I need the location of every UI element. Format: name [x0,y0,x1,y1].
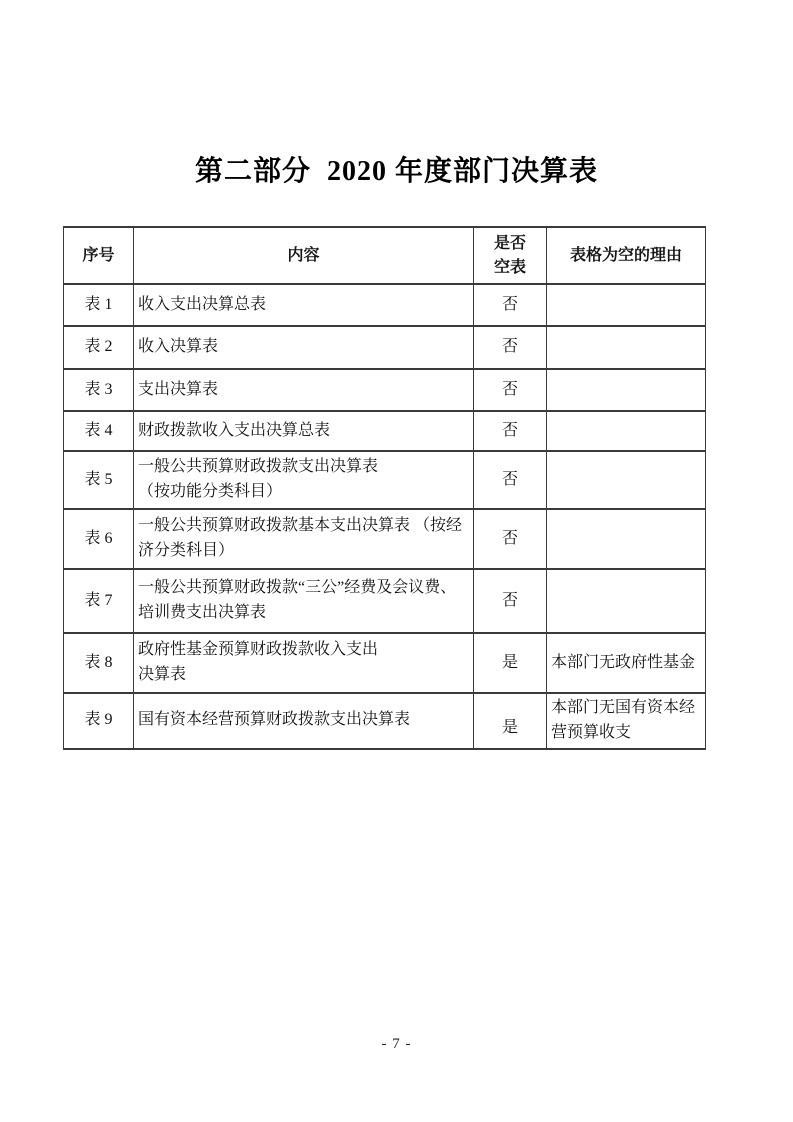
content-cell: 国有资本经营预算财政拨款支出决算表 [134,693,474,749]
table-row: 表 8 政府性基金预算财政拨款收入支出 决算表 是 本部门无政府性基金 [64,633,706,693]
final-accounts-index-table: 序号 内容 是否 空表 表格为空的理由 表 1 收入支出决算总表 否 表 2 收… [63,226,706,750]
reason-cell [547,509,706,569]
reason-cell [547,569,706,633]
document-page: 第二部分 2020 年度部门决算表 序号 内容 是否 空表 表格为空的理由 表 … [0,0,793,1122]
reason-cell [547,369,706,411]
reason-cell [547,284,706,326]
table-row: 表 2 收入决算表 否 [64,326,706,369]
content-cell: 支出决算表 [134,369,474,411]
row-number-cell: 表 9 [64,693,134,749]
empty-status-cell: 否 [474,509,547,569]
table-row: 表 4 财政拨款收入支出决算总表 否 [64,411,706,451]
row-number-cell: 表 4 [64,411,134,451]
empty-status-cell: 否 [474,411,547,451]
empty-status-cell: 是 [474,633,547,693]
empty-status-cell: 否 [474,284,547,326]
table-row: 表 7 一般公共预算财政拨款“三公”经费及会议费、 培训费支出决算表 否 [64,569,706,633]
header-empty-reason: 表格为空的理由 [547,227,706,284]
row-number-cell: 表 2 [64,326,134,369]
content-cell: 收入决算表 [134,326,474,369]
empty-status-cell: 否 [474,369,547,411]
empty-status-cell: 否 [474,569,547,633]
reason-cell [547,411,706,451]
row-number-cell: 表 6 [64,509,134,569]
reason-cell [547,451,706,509]
reason-cell: 本部门无国有资本经 营预算收支 [547,693,706,749]
empty-status-cell: 否 [474,451,547,509]
row-number-cell: 表 7 [64,569,134,633]
row-number-cell: 表 3 [64,369,134,411]
reason-cell [547,326,706,369]
table-row: 表 9 国有资本经营预算财政拨款支出决算表 是 本部门无国有资本经 营预算收支 [64,693,706,749]
table-header-row: 序号 内容 是否 空表 表格为空的理由 [64,227,706,284]
empty-status-cell: 否 [474,326,547,369]
empty-status-cell: 是 [474,693,547,749]
row-number-cell: 表 1 [64,284,134,326]
reason-cell: 本部门无政府性基金 [547,633,706,693]
content-cell: 收入支出决算总表 [134,284,474,326]
content-cell: 一般公共预算财政拨款基本支出决算表 （按经 济分类科目） [134,509,474,569]
header-serial-number: 序号 [64,227,134,284]
content-cell: 政府性基金预算财政拨款收入支出 决算表 [134,633,474,693]
table-row: 表 1 收入支出决算总表 否 [64,284,706,326]
document-title: 第二部分 2020 年度部门决算表 [0,149,793,189]
table-row: 表 5 一般公共预算财政拨款支出决算表 （按功能分类科目） 否 [64,451,706,509]
content-cell: 财政拨款收入支出决算总表 [134,411,474,451]
header-content: 内容 [134,227,474,284]
row-number-cell: 表 8 [64,633,134,693]
header-is-empty: 是否 空表 [474,227,547,284]
table-row: 表 6 一般公共预算财政拨款基本支出决算表 （按经 济分类科目） 否 [64,509,706,569]
content-cell: 一般公共预算财政拨款“三公”经费及会议费、 培训费支出决算表 [134,569,474,633]
page-number: - 7 - [0,1036,793,1053]
content-cell: 一般公共预算财政拨款支出决算表 （按功能分类科目） [134,451,474,509]
table-row: 表 3 支出决算表 否 [64,369,706,411]
row-number-cell: 表 5 [64,451,134,509]
